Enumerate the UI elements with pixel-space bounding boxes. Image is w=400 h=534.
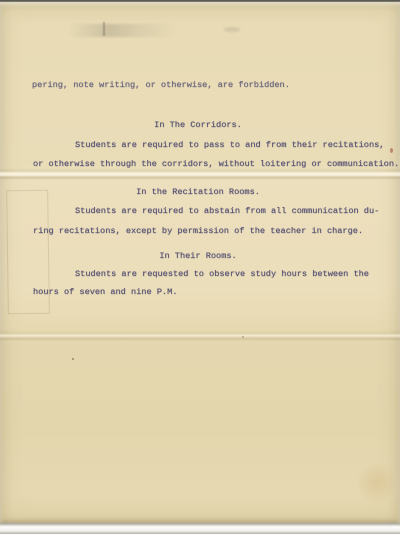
rule-line: Students are requested to observe study … bbox=[75, 269, 369, 279]
rule-line: Students are required to abstain from al… bbox=[75, 206, 379, 216]
scanner-background: pering, note writing, or otherwise, are … bbox=[0, 0, 400, 534]
section-heading-their-rooms: In Their Rooms. bbox=[0, 251, 396, 261]
rule-line: hours of seven and nine P.M. bbox=[33, 287, 177, 297]
section-heading-corridors: In The Corridors. bbox=[0, 120, 396, 130]
section-heading-recitation-rooms: In the Recitation Rooms. bbox=[0, 187, 396, 197]
rule-line: Students are required to pass to and fro… bbox=[75, 140, 384, 150]
rule-line: ring recitations, except by permission o… bbox=[33, 226, 363, 236]
intro-line: pering, note writing, or otherwise, are … bbox=[32, 80, 290, 90]
typed-text-layer: pering, note writing, or otherwise, are … bbox=[0, 2, 400, 523]
document-page: pering, note writing, or otherwise, are … bbox=[0, 2, 400, 523]
scanner-edge-strip bbox=[0, 523, 400, 534]
rule-line: or otherwise through the corridors, with… bbox=[33, 159, 399, 169]
